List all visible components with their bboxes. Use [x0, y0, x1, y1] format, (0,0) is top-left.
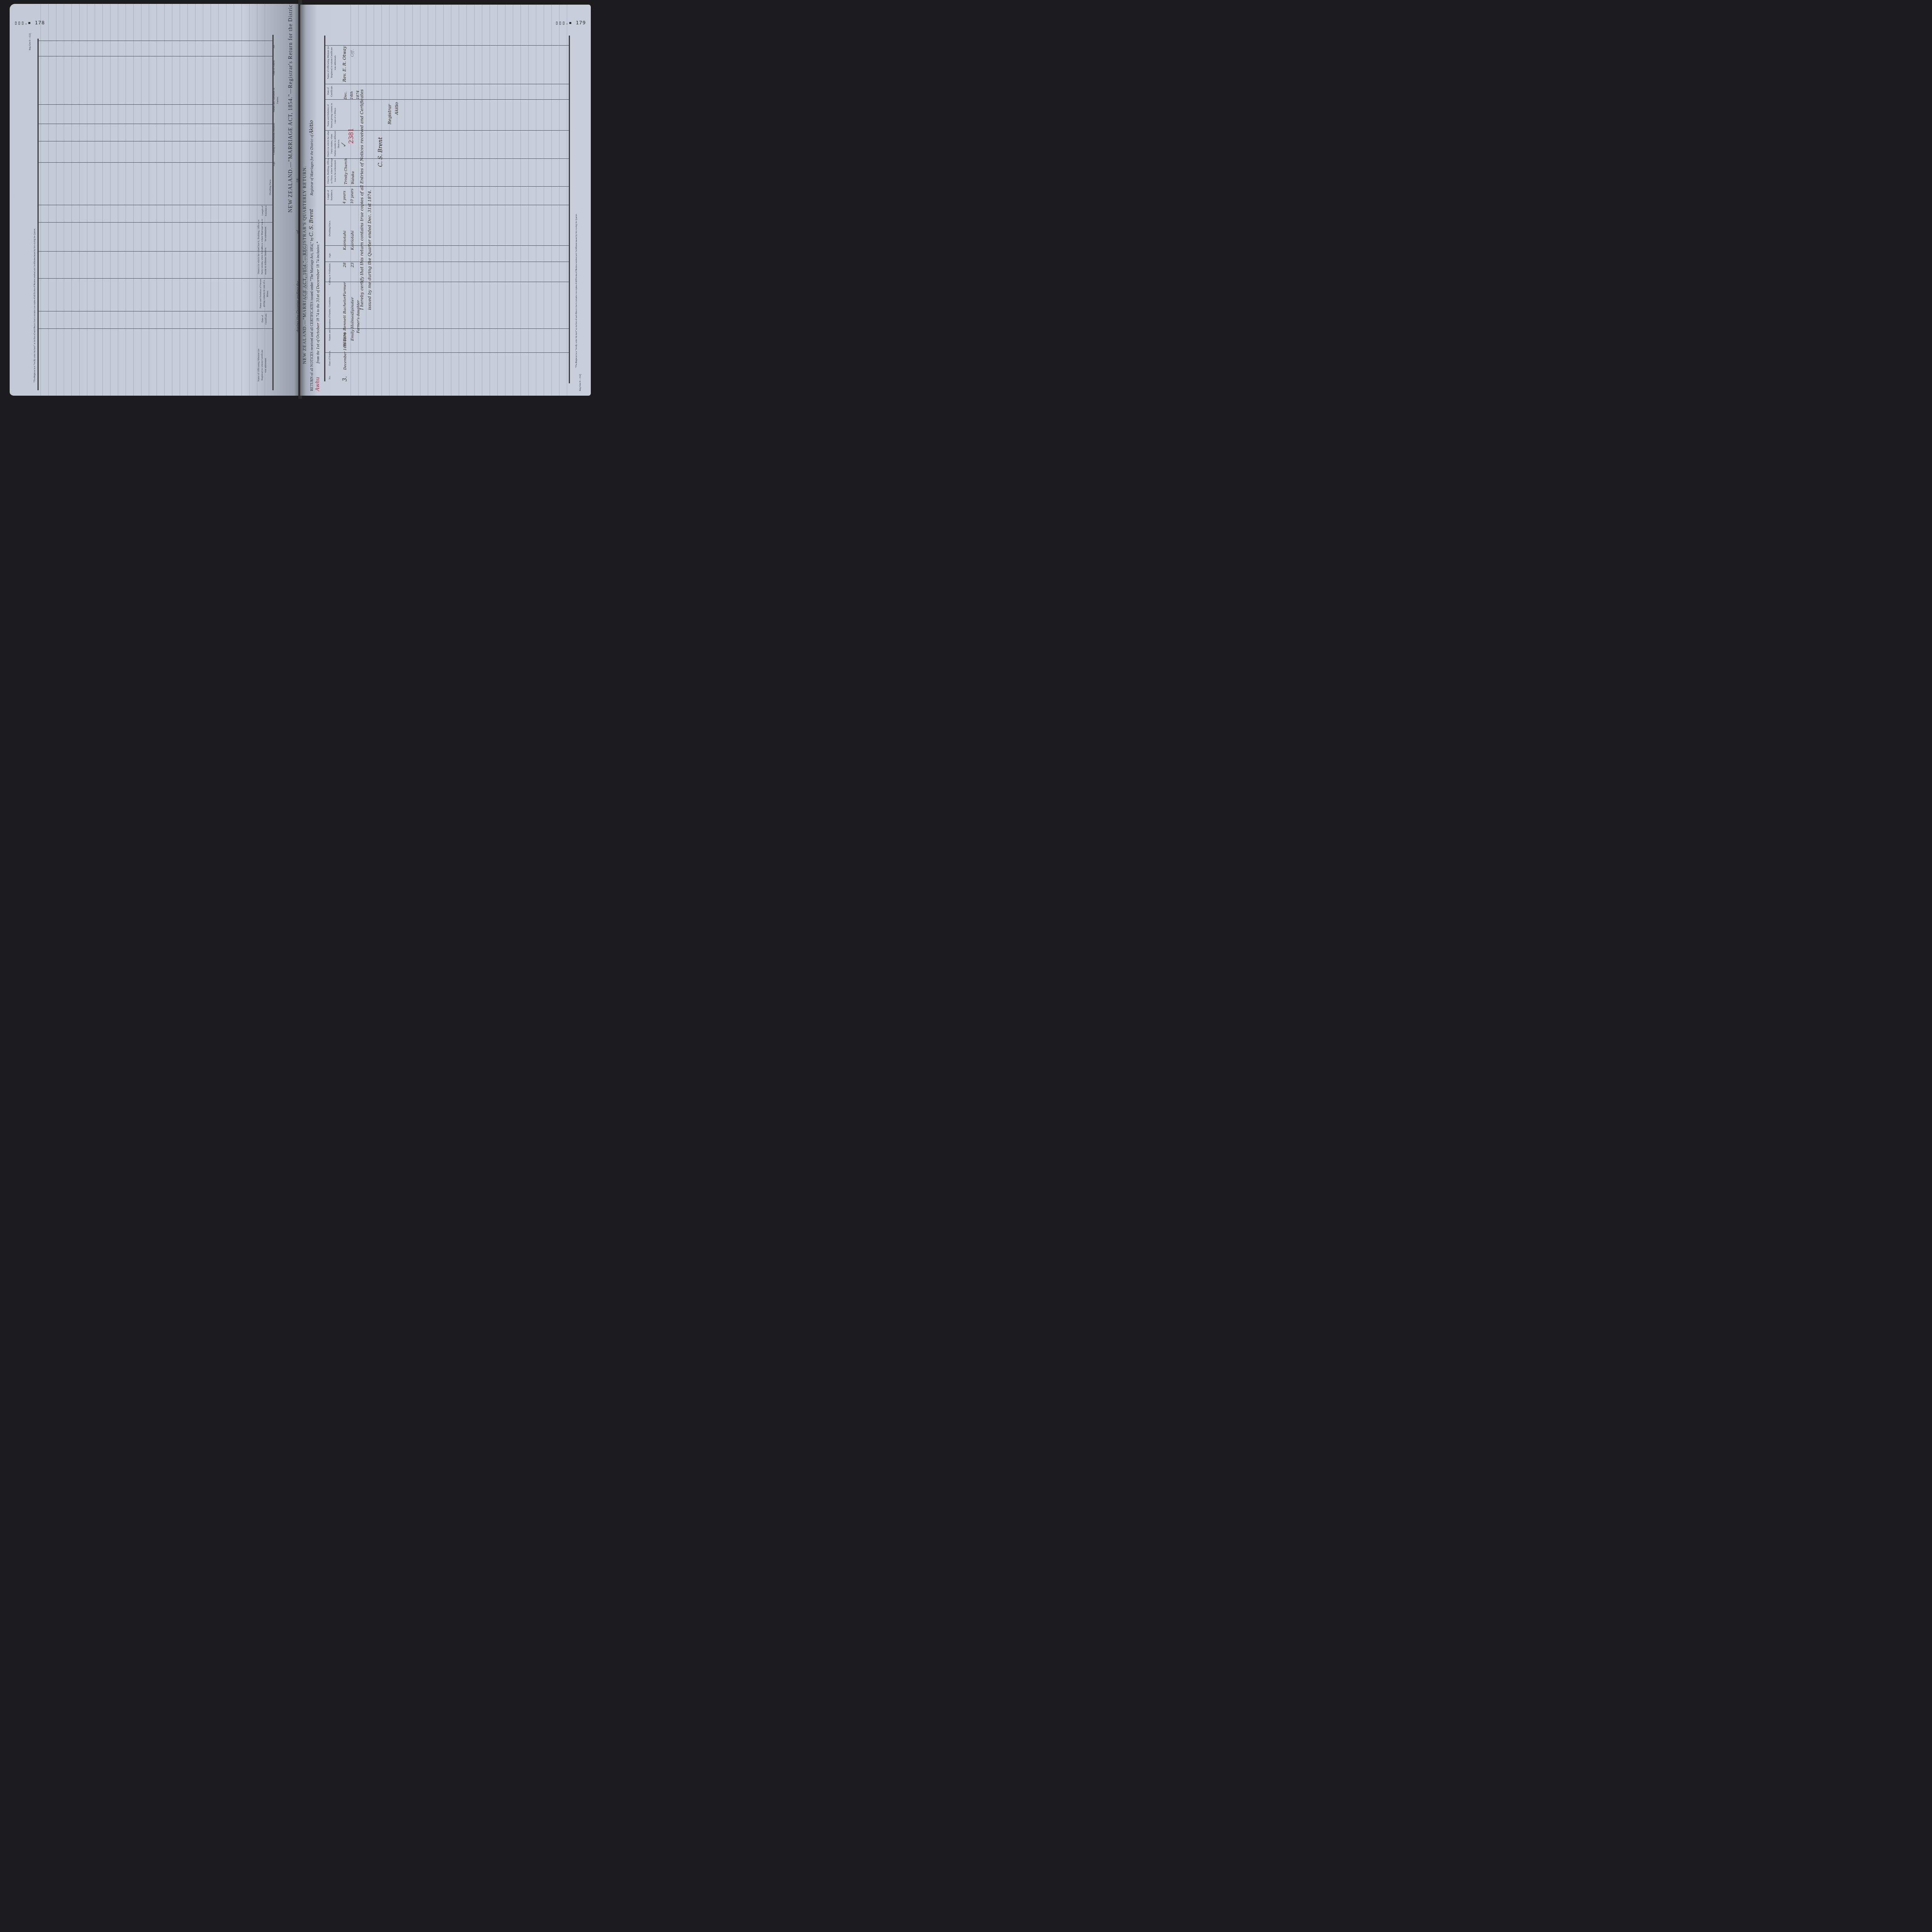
col-header-calling: Calling or Profession. [272, 133, 276, 155]
right-border-line [569, 36, 570, 383]
district-red: Awhu [315, 377, 321, 391]
col-header-residence: Length of Residence. [261, 201, 268, 220]
folio-stamp: ▯▯▯.▪ 178 [14, 20, 45, 26]
signature-title: Registrar [387, 104, 392, 125]
col-header-minister: Name of Officiating Minister (or Registr… [257, 348, 267, 383]
party-1-residence: 4 years [343, 191, 347, 204]
party-2-name: Emily Holmes [350, 314, 355, 341]
pencil-annotation: Off. [350, 49, 355, 57]
col-header-cert-date: Date of Certificate. [261, 311, 268, 327]
party-1-dwelling: Kairiotahi [343, 231, 347, 250]
left-page: ▯▯▯.▪ 178 Reg Gen II—312] *The Registrar… [10, 4, 300, 396]
party-1-calling: Farmer [343, 282, 347, 296]
footnote: *The Registrar is to "certify under his … [34, 228, 36, 383]
party-1-condition: Bachelor [343, 296, 347, 314]
col-header-church: Church, Building, Office, or Place, wher… [327, 157, 337, 184]
col-header-date: Date of Notice. [272, 60, 276, 75]
district-name: Akitio [309, 120, 314, 134]
certification-text: I hereby certify that this return contai… [358, 86, 374, 310]
col-header-condition: Condition. [328, 296, 332, 307]
return-line-2: Awhu from the 1st of October 18 74 to th… [315, 242, 321, 391]
col-header-dwelling: Dwelling Place. [269, 179, 272, 195]
col-header-dwelling: Dwelling Place. [328, 220, 332, 236]
col-header-no: No. [328, 376, 332, 379]
entry-church: Trinity Church Waiuku [343, 157, 357, 184]
col-header-calling: Calling or Profession. [328, 263, 332, 285]
signature-place: Akitio [394, 102, 399, 115]
party-1-age: 28 [343, 262, 347, 267]
footnote: *The Registrar is to "certify under his … [575, 214, 578, 368]
party-2-dwelling: Kairiotahi [350, 231, 355, 250]
right-page: ▯▯▯.▪ 179 Reg Gen II—312] *The Registrar… [300, 5, 591, 396]
header-border-line [324, 36, 325, 381]
form-code: Reg Gen II—312] [29, 33, 31, 50]
registrar-name: C. S. Brent [309, 209, 315, 236]
col-header-consent: Name and Relation of Person giving conse… [259, 278, 269, 309]
return-line-1: RETURN of all NOTICES received and all C… [309, 120, 315, 391]
col-header-date: Date of Notice. [328, 350, 332, 366]
party-2-condition: Spinster [350, 297, 355, 314]
col-header-district: District in which the other Party reside… [257, 245, 267, 276]
col-header-age: Age. [328, 253, 332, 258]
col-header-residence: Length of Residence. [327, 186, 333, 204]
continued-label: (CONTINUED FROM PRECEDING PAGE) [304, 244, 308, 299]
folio-stamp: ▯▯▯.▪ 179 [555, 20, 586, 26]
party-2-residence: 10 years [350, 189, 354, 204]
col-header-church: Church, Building, Office, or Place, wher… [257, 218, 267, 249]
left-border-line [37, 39, 39, 390]
col-header-condition: Condition. [272, 122, 276, 133]
col-header-no: No. [272, 44, 276, 48]
entry-minister: Rev. E. R. Otway [342, 46, 347, 82]
col-header-cert-date: Date of Certificate. [327, 84, 333, 99]
ref-number-red: 2381 [347, 128, 355, 144]
col-header-consent: Name and Relation of Person giving conse… [327, 102, 337, 129]
col-header-age: Age. [272, 162, 276, 166]
col-header-names: Names and Surnames of Parties. [328, 308, 332, 341]
party-2-age: 23 [350, 262, 355, 267]
col-header-minister: Name of Officiating Minister (or Registr… [327, 45, 337, 80]
form-code: Reg Gen II—312] [579, 374, 582, 391]
party-1-name: William Bennett [343, 315, 347, 347]
col-header-names: Names and Surnames of Parties. [272, 86, 279, 114]
entry-no: 3. [342, 376, 348, 381]
page-title: NEW ZEALAND.—"MARRIAGE ACT, 1854."—Regis… [288, 4, 294, 213]
registrar-signature: C. S. Brent [378, 137, 384, 167]
col-header-district: District in which the other Party reside… [327, 130, 340, 157]
